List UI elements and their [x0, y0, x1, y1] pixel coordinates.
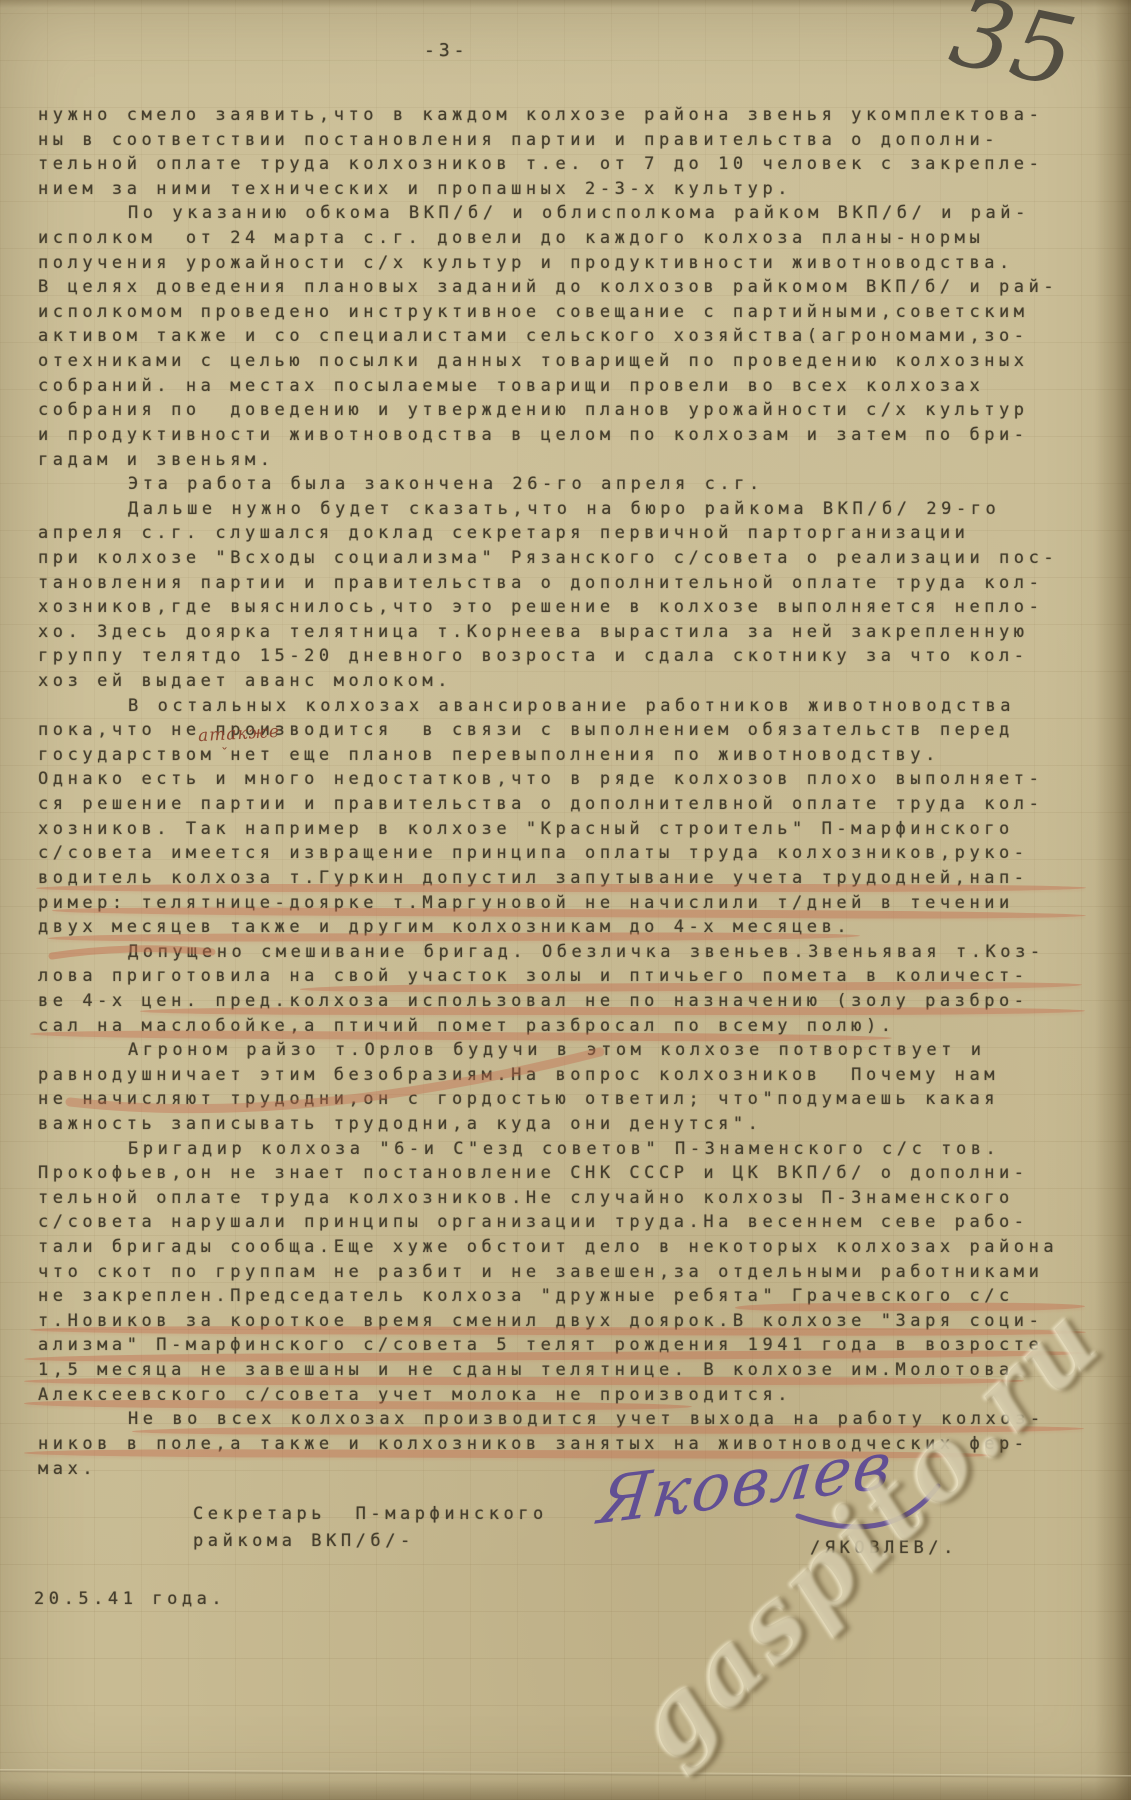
typed-line: хоз ей выдает аванс молоком. — [38, 669, 1108, 694]
handwritten-archival-number: 35 — [943, 0, 1082, 102]
typed-line: тельной оплате труда колхозников т.е. от… — [38, 152, 1108, 177]
typed-line: тали бригады сообща.Еще хуже обстоит дел… — [38, 1235, 1108, 1260]
typed-line: что скот по группам не разбит и не завеш… — [38, 1260, 1108, 1285]
signature-role-line-2: райкома ВКП/б/- — [193, 1531, 415, 1551]
typed-line: и продуктивности животноводства в целом … — [38, 423, 1108, 448]
typed-line: исполком от 24 марта с.г. довели до кажд… — [38, 226, 1108, 251]
typed-line: В остальных колхозах авансирование работ… — [38, 694, 1108, 719]
typed-line: апреля с.г. слушался доклад секретаря пе… — [38, 521, 1108, 546]
typed-body: нужно смело заявить,что в каждом колхозе… — [38, 103, 1108, 1481]
typed-line: собрания по доведению и утверждению план… — [38, 398, 1108, 423]
page-edge-bottom-shading — [0, 1780, 1131, 1800]
typed-line: хозников,где выяснилось,что это решение … — [38, 595, 1108, 620]
typed-line: нужно смело заявить,что в каждом колхозе… — [38, 103, 1108, 128]
signature-role-line-1: Секретарь П-марфинского — [193, 1504, 548, 1524]
red-underline — [24, 1377, 1024, 1385]
typed-line: не начисляют трудодни,он с гордостью отв… — [38, 1087, 1108, 1112]
typed-line: Эта работа была закончена 26-го апреля с… — [38, 472, 1108, 497]
typed-line: с/совета нарушали принципы организации т… — [38, 1210, 1108, 1235]
typed-line: тельной оплате труда колхозников.Не случ… — [38, 1186, 1108, 1211]
typed-line: группу телятдо 15-20 дневного возроста и… — [38, 644, 1108, 669]
typed-line: собраний. на местах посылаемые товарищи … — [38, 374, 1108, 399]
red-underline — [36, 884, 1086, 892]
typed-line: отехниками с целью посылки данных товари… — [38, 349, 1108, 374]
typed-line: получения урожайности с/х культур и прод… — [38, 251, 1108, 276]
typed-line: гадам и звеньям. — [38, 448, 1108, 473]
typed-line: хо. Здесь доярка телятница т.Корнеева вы… — [38, 620, 1108, 645]
typed-line: исполкомом проведено инструктивное совещ… — [38, 300, 1108, 325]
date-line: 20.5.41 года. — [34, 1589, 226, 1609]
document-page: -3- 35 нужно смело заявить,что в каждом … — [0, 0, 1131, 1800]
page-number: -3- — [424, 40, 469, 61]
typed-line: Дальше нужно будет сказать,что на бюро р… — [38, 497, 1108, 522]
typed-line: государством нет еще планов перевыполнен… — [38, 743, 1108, 768]
typed-line: нием за ними технических и пропашных 2-3… — [38, 177, 1108, 202]
paper-crease — [0, 1769, 1131, 1778]
typed-line: Прокофьев,он не знает постановление СНК … — [38, 1161, 1108, 1186]
typed-line: ны в соответствии постановления партии и… — [38, 128, 1108, 153]
typed-line: В целях доведения плановых заданий до ко… — [38, 275, 1108, 300]
typed-line: с/совета имеется извращение принципа опл… — [38, 841, 1108, 866]
typed-line: равнодушничает этим безобразиям.На вопро… — [38, 1063, 1108, 1088]
handwritten-insertion: атакже — [198, 722, 281, 746]
typed-line: Допущено смешивание бригад. Обезличка зв… — [38, 940, 1108, 965]
caret-mark: ˇ — [220, 746, 229, 760]
typed-line: Бригадир колхоза "6-и С"езд советов" П-З… — [38, 1137, 1108, 1162]
typed-line: Агроном райзо т.Орлов будучи в этом колх… — [38, 1038, 1108, 1063]
typed-line: тановления партии и правительства о допо… — [38, 571, 1108, 596]
red-underline — [140, 1007, 1085, 1015]
typed-line: ся решение партии и правительства о допо… — [38, 792, 1108, 817]
typed-line: важность записывать трудодни,а куда они … — [38, 1112, 1108, 1137]
typed-line: при колхозе "Всходы социализма" Рязанско… — [38, 546, 1108, 571]
typed-line: По указанию обкома ВКП/б/ и облисполкома… — [38, 201, 1108, 226]
typed-line: активом также и со специалистами сельско… — [38, 324, 1108, 349]
typed-line: хозников. Так например в колхозе "Красны… — [38, 817, 1108, 842]
typed-line: Однако есть и много недостатков,что в ря… — [38, 767, 1108, 792]
